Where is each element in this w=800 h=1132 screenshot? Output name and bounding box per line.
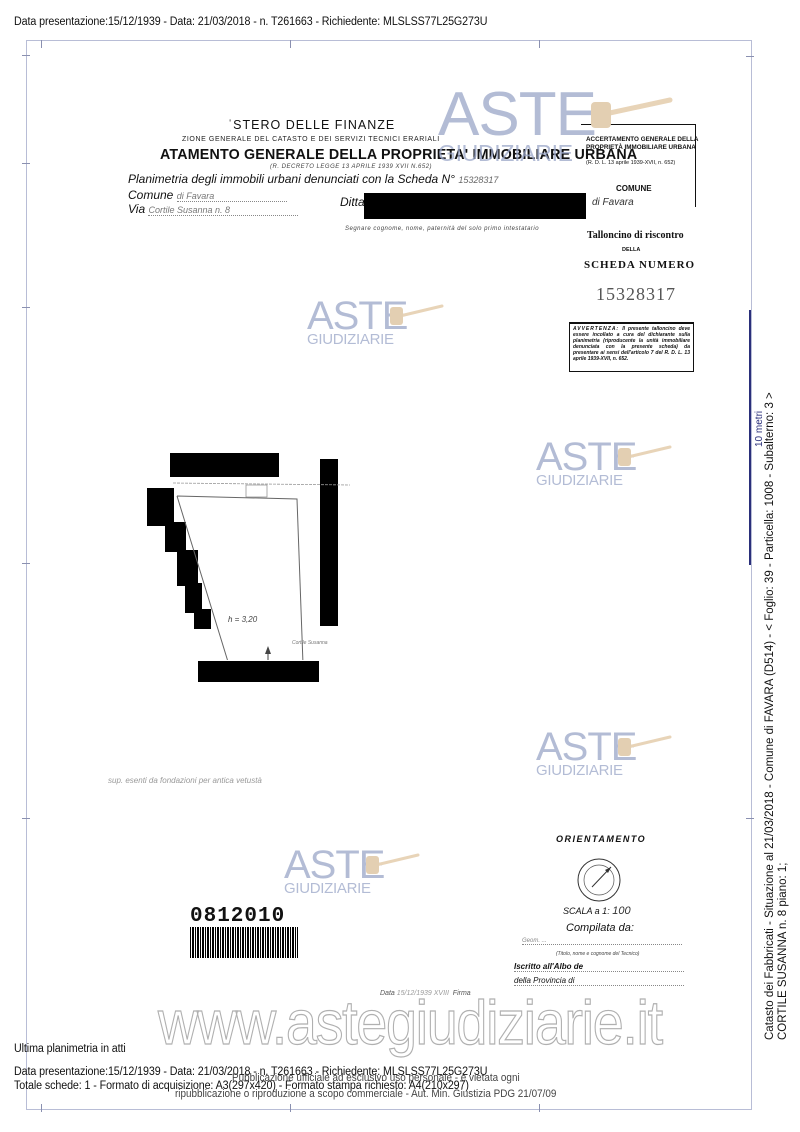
province-label: della Provincia di: [514, 976, 684, 986]
via-field: Via Cortile Susanna n. 8: [128, 202, 298, 216]
direction-title: ZIONE GENERALE DEL CATASTO E DEI SERVIZI…: [182, 136, 440, 143]
right-box-decree: (R. D. L. 13 aprile 1939-XVII, n. 652): [586, 160, 675, 166]
barcode-number: 0812010: [190, 905, 285, 928]
orientation-label: ORIENTAMENTO: [556, 834, 646, 844]
publication-notice-2: ripubblicazione o riproduzione a scopo c…: [175, 1088, 556, 1100]
frame-tick: [290, 1104, 291, 1112]
handwritten-note: sup. esenti da fondazioni per antica vet…: [108, 775, 268, 786]
aste-watermark: ASTEGIUDIZIARIE: [438, 84, 596, 165]
compass-icon: [574, 855, 624, 905]
gavel-icon: [614, 731, 674, 765]
street-label: Cortile Susanna: [292, 640, 328, 646]
gavel-icon: [585, 92, 675, 142]
ministry-title: ˈSTERO DELLE FINANZE: [228, 118, 395, 132]
frame-tick: [22, 818, 30, 819]
gavel-icon: [614, 441, 674, 475]
scale-field: SCALA a 1: 100: [563, 905, 631, 917]
scheda-numero-label: SCHEDA NUMERO: [584, 259, 695, 271]
comune-field: Comune di Favara: [128, 188, 287, 202]
talloncino-della: DELLA: [622, 247, 640, 253]
frame-tick: [290, 40, 291, 48]
publication-notice-1: Pubblicazione ufficiale ad esclusivo uso…: [232, 1072, 520, 1084]
redacted-block: [198, 661, 319, 682]
right-box-comune-label: COMUNE: [616, 184, 652, 193]
frame-tick: [41, 1104, 42, 1112]
via-value: Cortile Susanna n. 8: [148, 205, 298, 216]
url-watermark: www.astegiudiziarie.it: [158, 988, 662, 1059]
technician-note: (Titolo, nome e cognome del Tecnico): [556, 951, 639, 957]
frame-tick: [22, 163, 30, 164]
frame-tick: [22, 55, 30, 56]
ditta-label: Ditta: [340, 195, 365, 209]
frame-tick: [22, 307, 30, 308]
albo-label: Iscritto all'Albo de: [514, 962, 684, 972]
frame-tick: [41, 40, 42, 48]
last-plan-label: Ultima planimetria in atti: [14, 1043, 126, 1055]
warning-box: AVVERTENZA: Il presente talloncino deve …: [569, 322, 694, 372]
ditta-note: Segnare cognome, nome, paternità del sol…: [345, 226, 539, 232]
scheda-handwritten: 15328317: [458, 175, 498, 185]
redacted-owner: [364, 193, 586, 219]
scale-bar: [749, 310, 751, 565]
comune-value: di Favara: [177, 191, 287, 202]
frame-tick: [746, 56, 754, 57]
height-label: h = 3,20: [228, 615, 257, 624]
cadastral-line-1: Catasto dei Fabbricati - Situazione al 2…: [764, 392, 777, 1040]
floor-plan-drawing: [140, 470, 350, 660]
frame-tick: [539, 40, 540, 48]
barcode: [190, 927, 298, 958]
talloncino-title: Talloncino di riscontro: [587, 230, 684, 241]
right-box-comune-value: di Favara: [592, 197, 634, 208]
decree-ref: (R. DECRETO LEGGE 13 APRILE 1939 XVII N.…: [270, 164, 432, 170]
gavel-icon: [362, 849, 422, 883]
scheda-numero-value: 15328317: [596, 284, 676, 305]
planimetry-label: Planimetria degli immobili urbani denunc…: [128, 172, 498, 186]
frame-tick: [22, 563, 30, 564]
cadastral-line-2: CORTILE SUSANNA n. 8 piano: 1;: [777, 392, 790, 1040]
frame-tick: [746, 818, 754, 819]
header-request-info: Data presentazione:15/12/1939 - Data: 21…: [14, 16, 487, 28]
frame-tick: [539, 1104, 540, 1112]
compiled-value: Geom. ...: [522, 938, 682, 945]
cadastral-side-info: Catasto dei Fabbricati - Situazione al 2…: [764, 392, 790, 1040]
compiled-label: Compilata da:: [566, 922, 634, 934]
gavel-icon: [386, 300, 446, 334]
